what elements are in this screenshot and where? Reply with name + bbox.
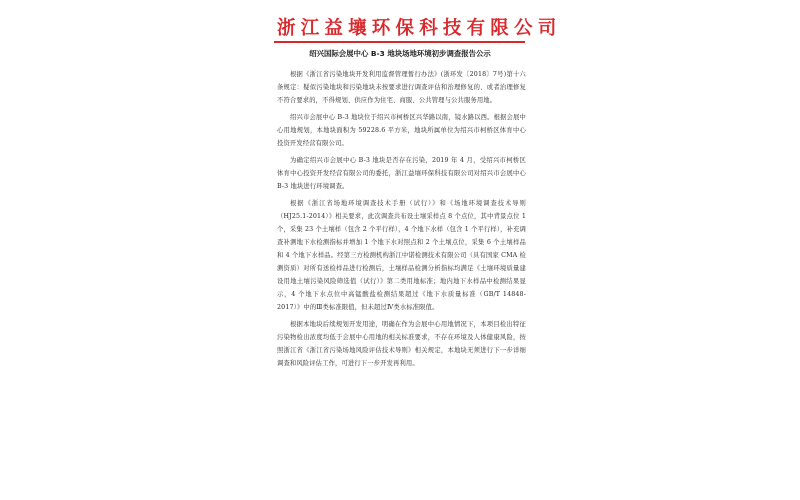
header-divider: [274, 41, 525, 43]
company-name-header: 浙江益壤环保科技有限公司: [274, 18, 526, 40]
document-page: 浙江益壤环保科技有限公司 绍兴国际会展中心 B-3 地块场地环境初步调查报告公示…: [274, 18, 526, 374]
document-title: 绍兴国际会展中心 B-3 地块场地环境初步调查报告公示: [274, 49, 526, 59]
paragraph-sampling-results: 根据《浙江省场地环境调查技术手册（试行）》和《场地环境调查技术导则（HJ25.1…: [277, 197, 526, 314]
paragraph-site-location: 绍兴市会展中心 B-3 地块位于绍兴市柯桥区兴华路以南，镜水路以西。根据会展中心…: [277, 111, 526, 150]
paragraph-conclusion: 根据本地块后续规划开发用途，明确在作为会展中心用地情况下，本项目检出特征污染物检…: [277, 318, 526, 370]
paragraph-regulation: 根据《浙江省污染地块开发利用监督管理暂行办法》(浙环发〔2018〕7号)第十六条…: [277, 68, 526, 107]
document-body: 根据《浙江省污染地块开发利用监督管理暂行办法》(浙环发〔2018〕7号)第十六条…: [274, 68, 526, 370]
paragraph-investigation-purpose: 为确定绍兴市会展中心 B-3 地块是否存在污染，2019 年 4 月，受绍兴市柯…: [277, 154, 526, 193]
